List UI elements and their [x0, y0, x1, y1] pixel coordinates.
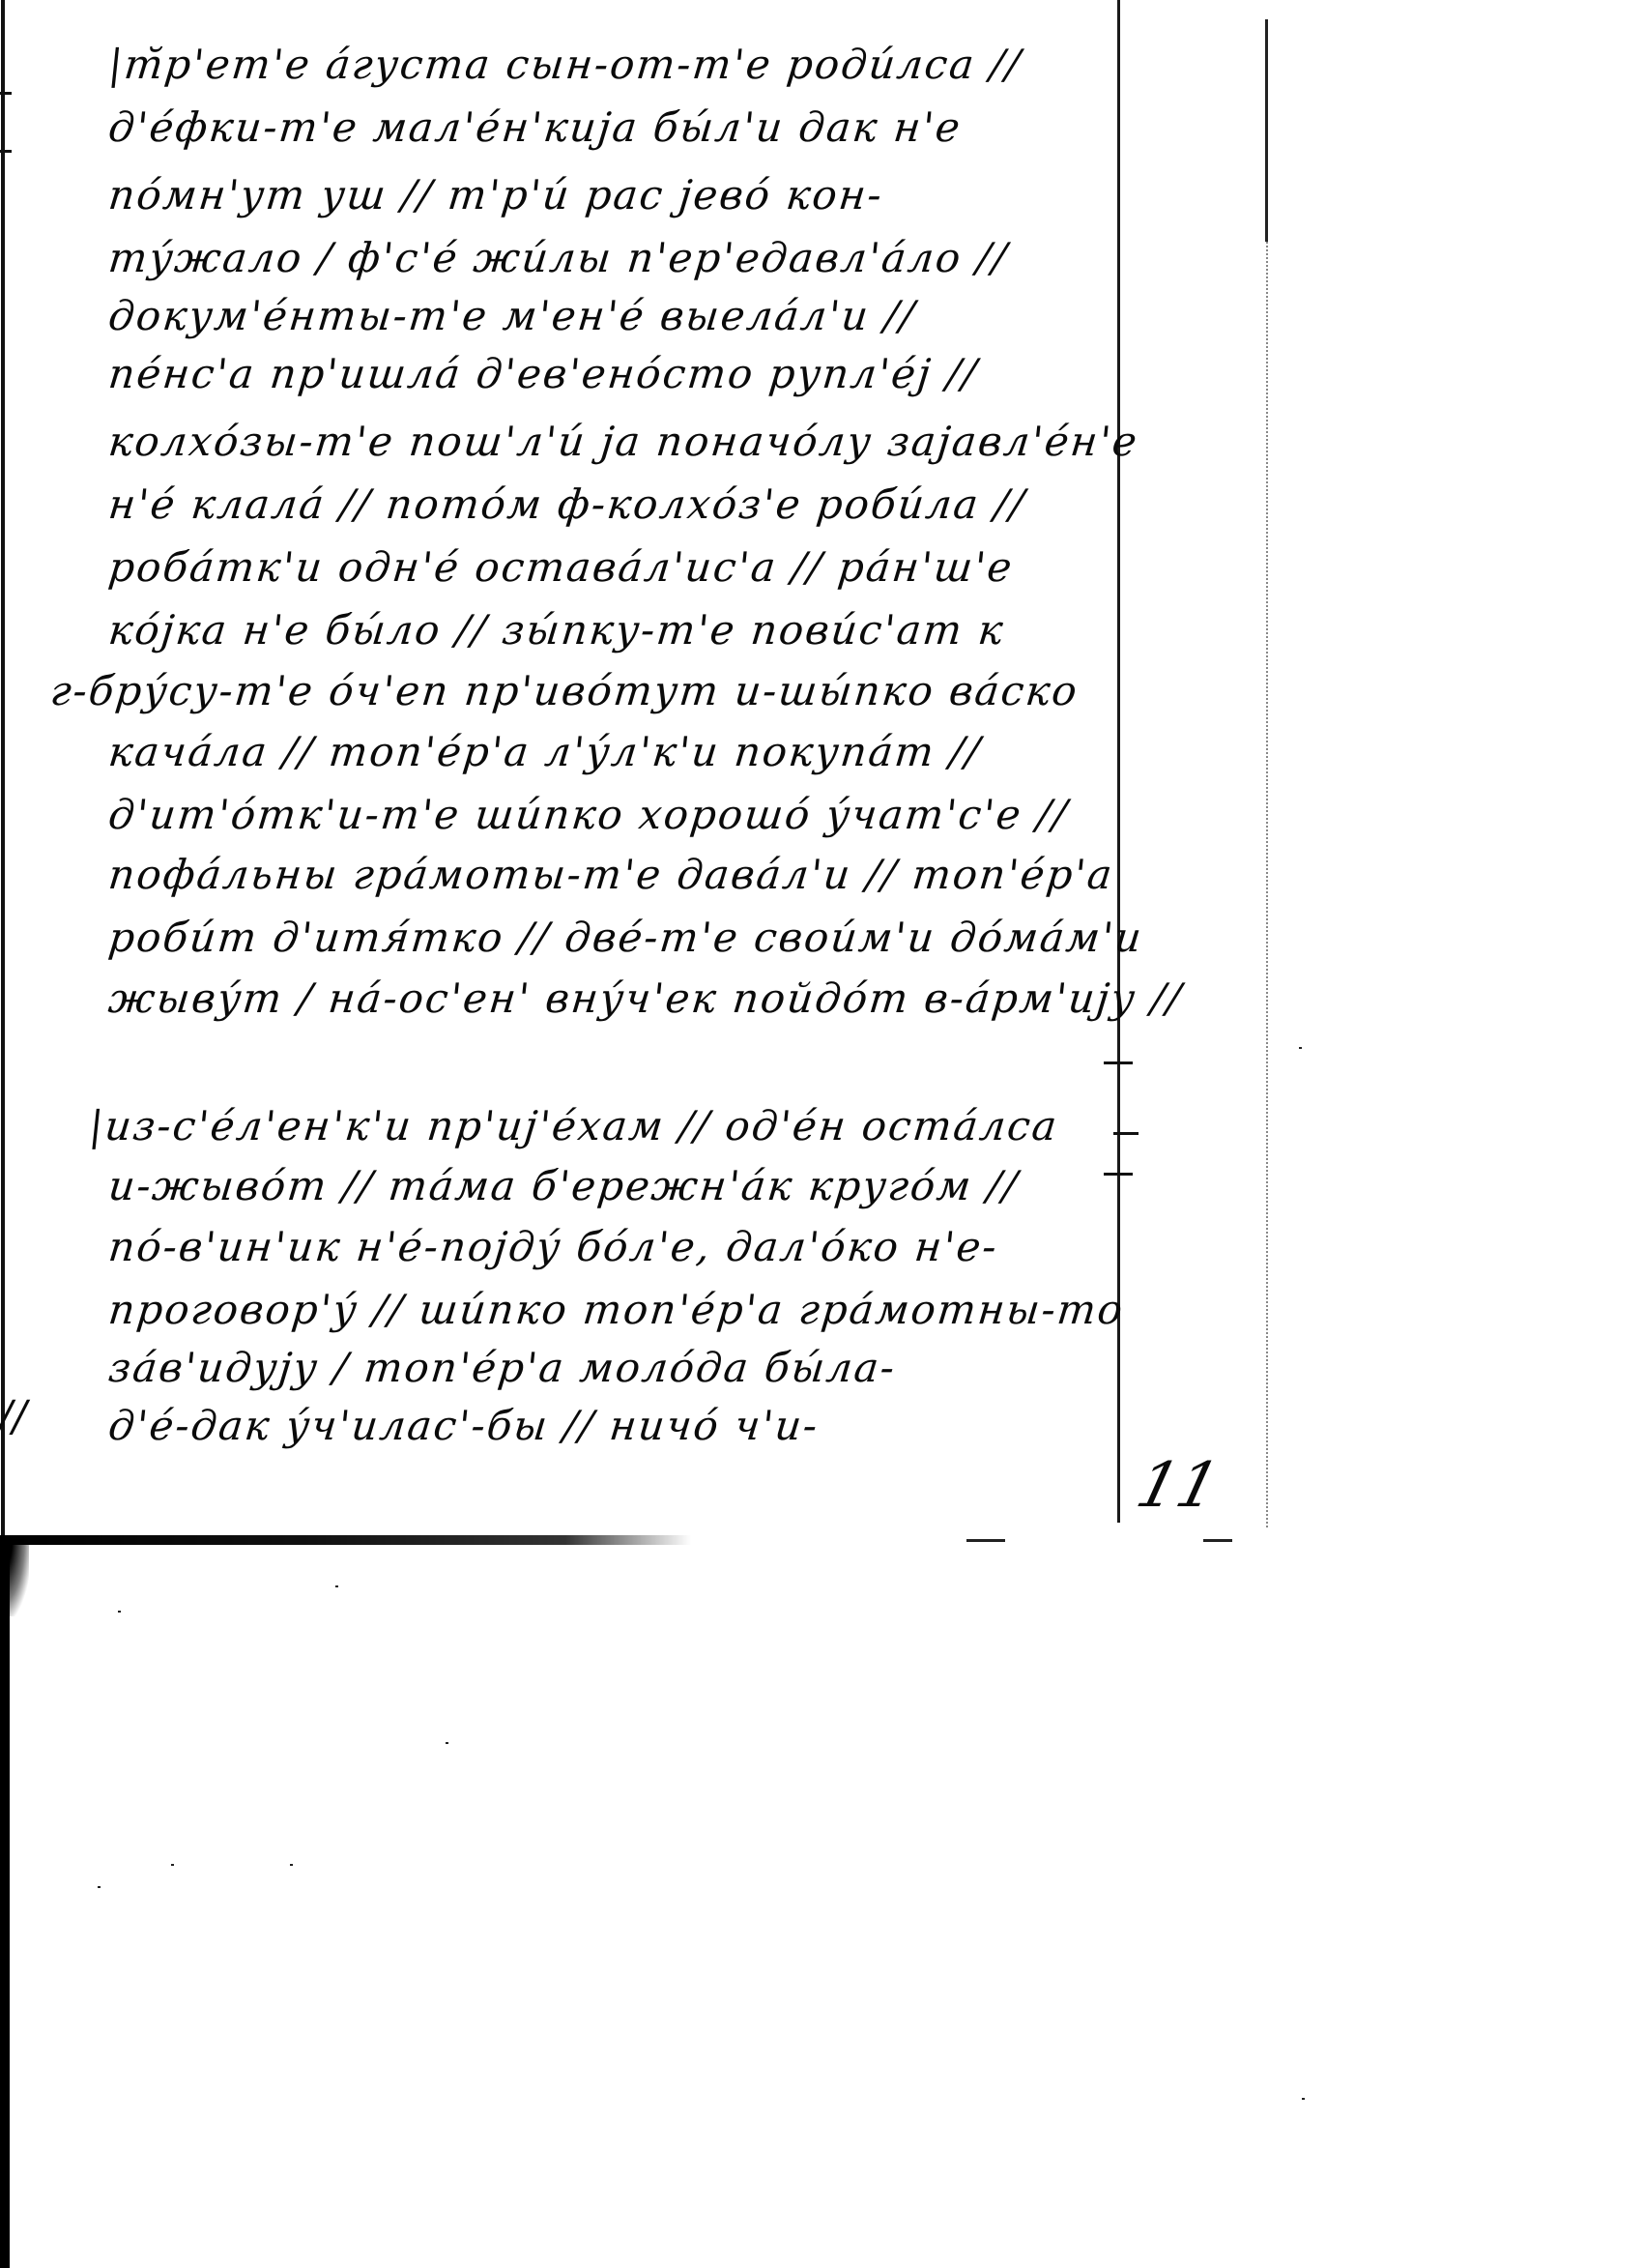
scan-speck [118, 1611, 121, 1613]
text-line: д'е́-дак у́ч'илас'-бы // ничо́ ч'и- [106, 1402, 821, 1449]
edge-tick [0, 92, 12, 95]
left-margin-double-slash: // [0, 1392, 27, 1441]
edge-tick [0, 150, 12, 153]
scan-speck [1302, 2098, 1305, 2100]
page-number: 11 [1130, 1450, 1226, 1522]
scanned-page: |т̆р'ет'е а́густа сын-от-т'е роди́лса //… [0, 0, 1643, 2268]
paper-right-edge-faint [1266, 242, 1268, 1527]
paper-left-edge [1, 0, 5, 1539]
margin-hyphen-mark [1104, 1061, 1133, 1064]
text-line: жыву́т / на́-ос'ен' вну́ч'ек пойдо́т в-а… [106, 974, 1185, 1022]
edge-fragment [1203, 1539, 1232, 1542]
paper-right-edge [1265, 19, 1268, 242]
scanner-shadow [0, 1537, 10, 2268]
text-line: по́мн'ут уш // т'р'и́ рас јево́ кон- [106, 171, 885, 218]
text-line: роби́т д'итя́тко // две́-т'е свои́м'и до… [106, 914, 1145, 961]
paper-bottom-edge [0, 1535, 1256, 1545]
text-line: пофа́льны гра́моты-т'е дава́л'и // топ'е… [106, 851, 1116, 898]
text-line: н'е́ клала́ // пото́м ф-колхо́з'е роби́л… [106, 480, 1028, 528]
margin-hyphen-mark [1104, 1173, 1133, 1176]
scan-speck [171, 1864, 174, 1866]
text-line: ко́јка н'е бы́ло // зы́пку-т'е пови́с'ат… [106, 606, 1007, 654]
scan-speck [98, 1886, 101, 1888]
text-line: пе́нс'а пр'ишла́ д'ев'ено́сто рупл'е́ј /… [106, 350, 981, 397]
text-line: д'ит'о́тк'и-т'е ши́пко хорошо́ у́чат'с'е… [106, 791, 1071, 838]
text-line: по́-в'ин'ик н'е́-појду́ бо́л'е, дал'о́ко… [106, 1223, 1000, 1270]
text-line: д'е́фки-т'е мал'е́н'кија бы́л'и дак н'е [106, 103, 964, 151]
text-line: докум'е́нты-т'е м'ен'е́ выела́л'и // [106, 292, 918, 339]
text-line: роба́тк'и одн'е́ остава́л'ис'а // ра́н'ш… [106, 543, 1016, 591]
text-line: г-бру́су-т'е о́ч'еп пр'иво́тут и-шы́пко … [48, 667, 1081, 714]
edge-fragment [966, 1539, 1005, 1542]
text-line: проговор'у́ // ши́пко топ'е́р'а гра́мотн… [106, 1286, 1127, 1333]
scan-speck [290, 1864, 293, 1866]
scan-speck [446, 1742, 448, 1744]
text-line: ту́жало / ф'с'е́ жи́лы п'ер'едавл'а́ло /… [106, 234, 1011, 281]
text-line: за́в'идују / топ'е́р'а моло́да бы́ла- [106, 1344, 899, 1391]
text-line: кача́ла // топ'е́р'а л'у́л'к'и покупа́т … [106, 728, 984, 775]
text-line: |т̆р'ет'е а́густа сын-от-т'е роди́лса // [106, 41, 1024, 88]
scanner-shadow-smudge [0, 1539, 29, 1616]
margin-hyphen-mark [1113, 1132, 1139, 1135]
scan-speck [335, 1585, 338, 1587]
text-line: и-жыво́т // та́ма б'ережн'а́к круго́м // [106, 1162, 1022, 1209]
text-line: колхо́зы-т'е пош'л'и́ ја поначо́лу зајав… [106, 418, 1140, 465]
scan-speck [1299, 1047, 1302, 1049]
text-line: |из-с'е́л'ен'к'и пр'иј'е́хам // од'е́н о… [87, 1102, 1061, 1149]
